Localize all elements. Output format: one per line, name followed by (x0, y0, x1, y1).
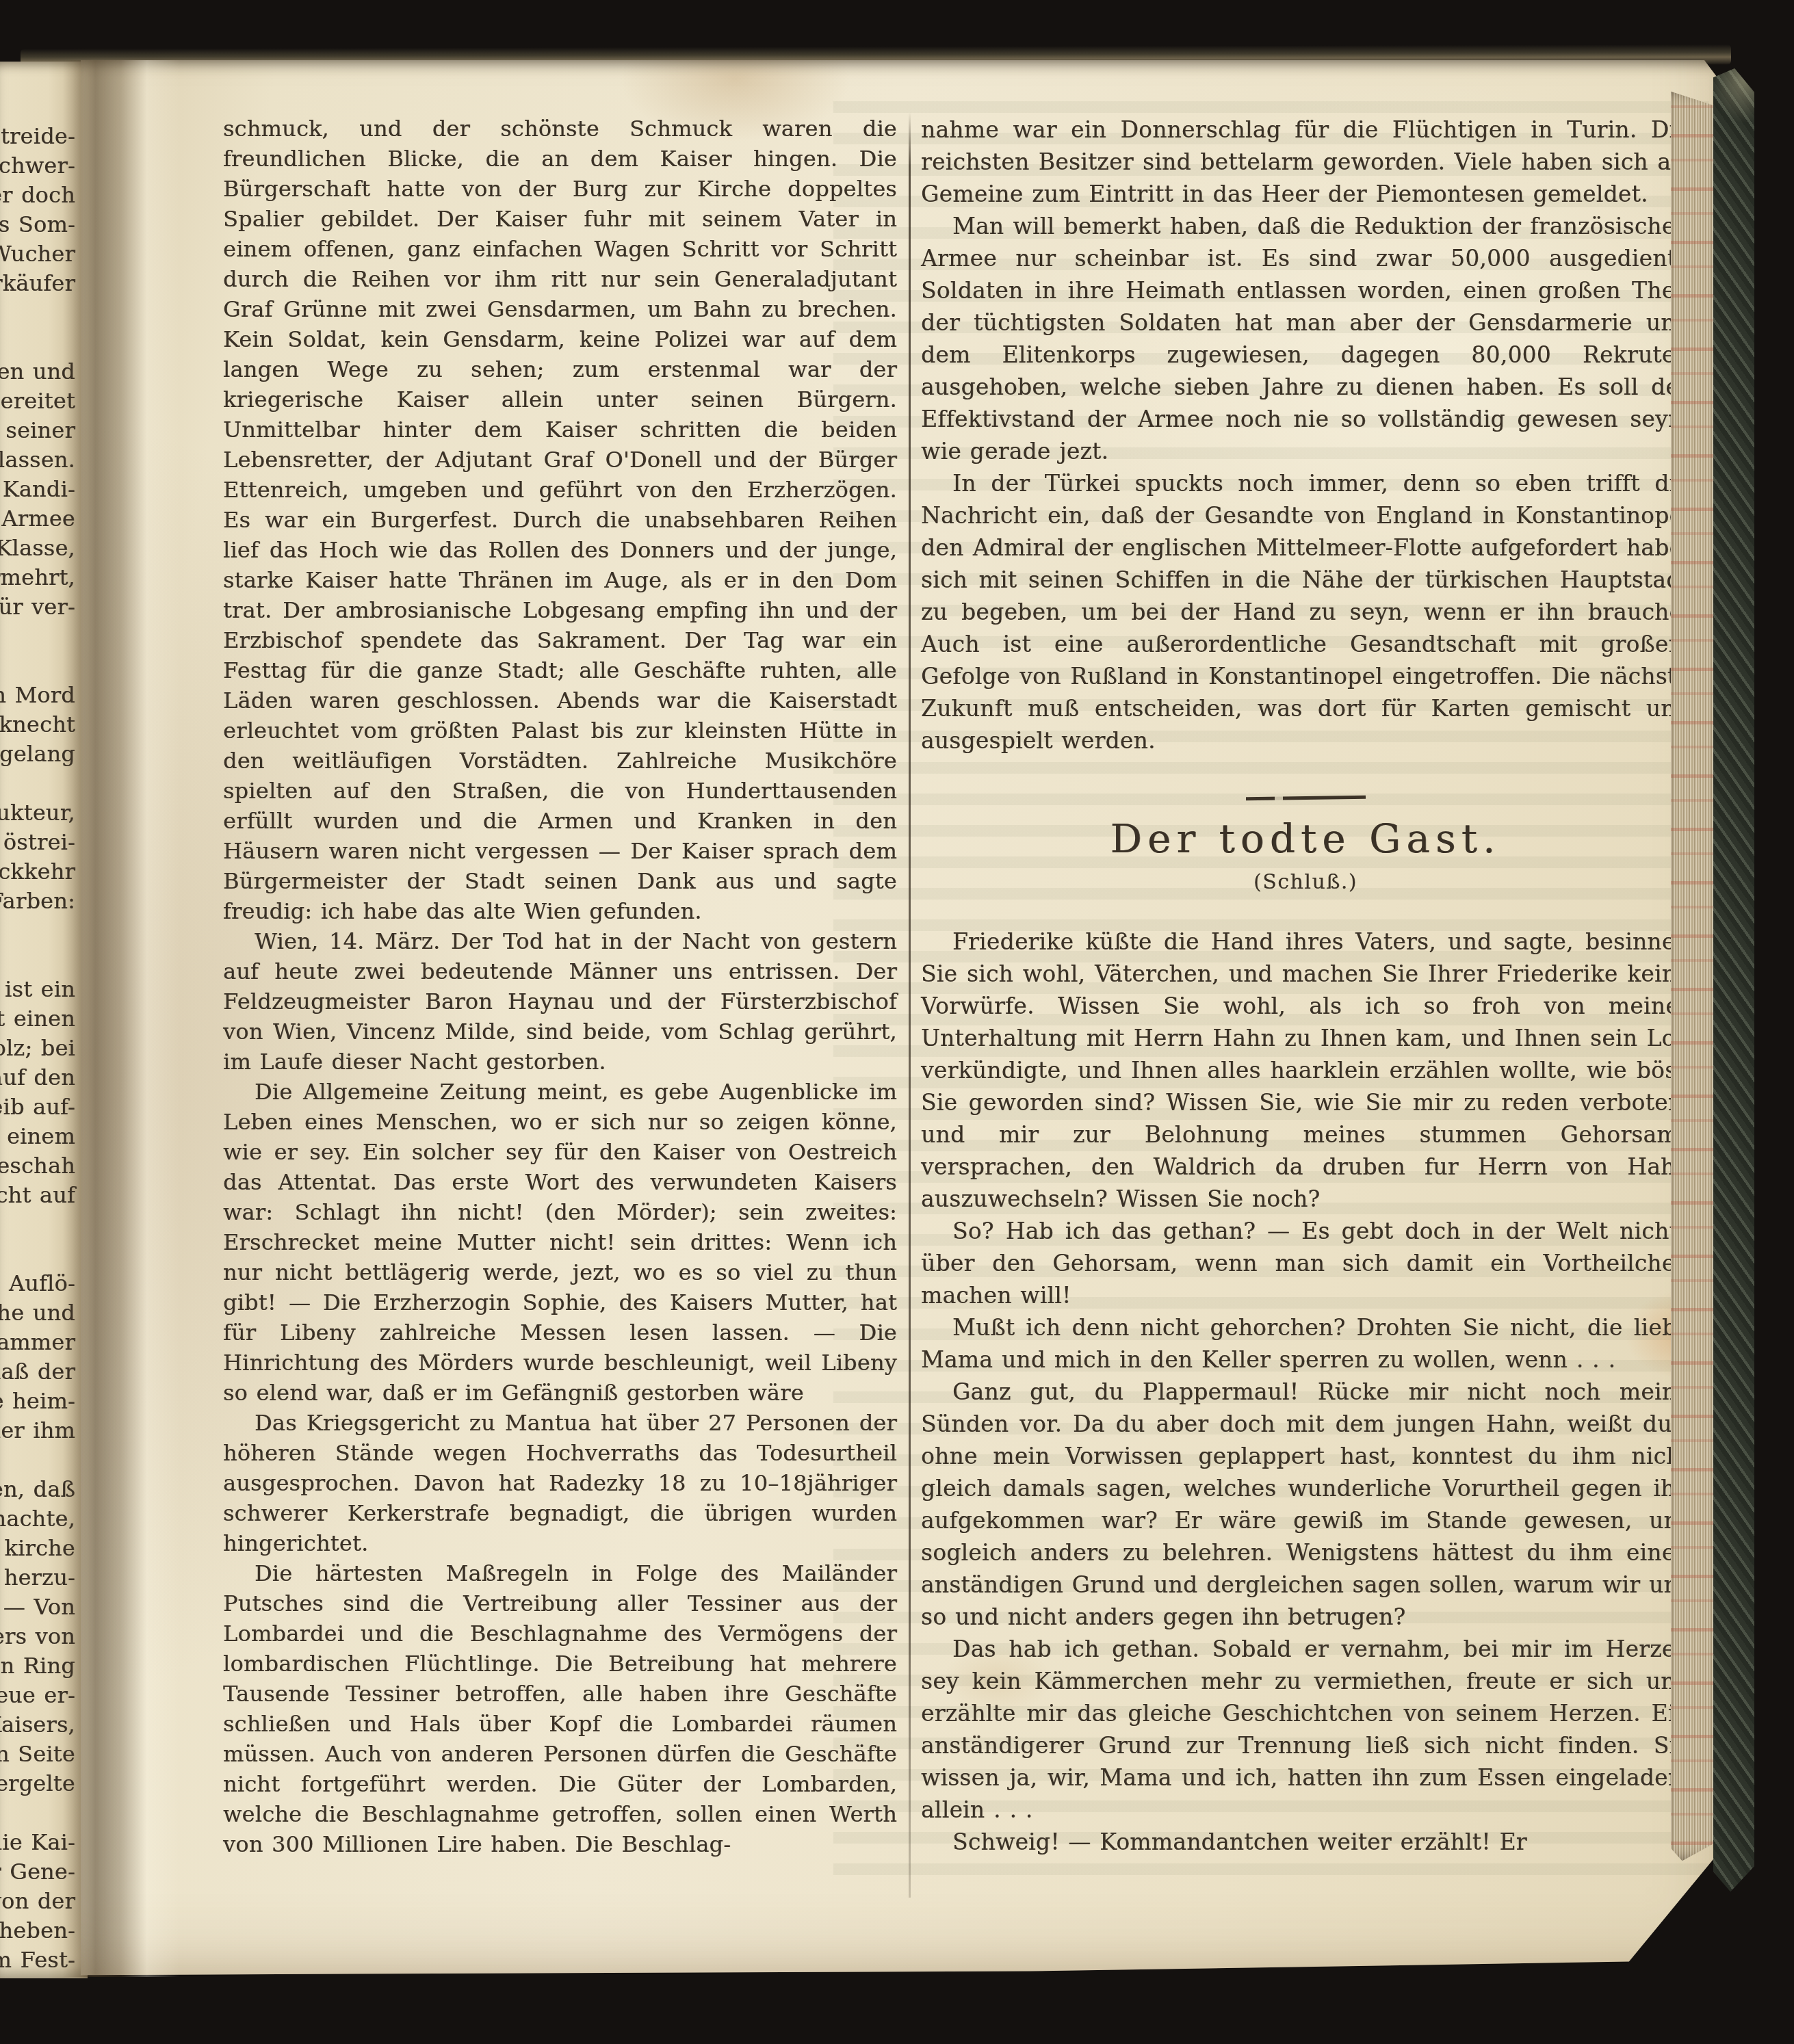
story-title: Der todte Gast. (921, 823, 1690, 855)
story-subtitle: (Schluß.) (921, 866, 1690, 898)
paragraph: Das hab ich gethan. Sobald er vernahm, b… (921, 1633, 1690, 1826)
paragraph: Die härtesten Maßregeln in Folge des Mai… (223, 1558, 897, 1859)
column-divider-rule (909, 112, 911, 1898)
book-cover-edge (1713, 68, 1754, 1894)
book-page-edges (1671, 86, 1715, 1866)
paragraph: schmuck, und der schönste Schmuck waren … (223, 114, 897, 926)
facing-page-edge: e Getreide- den schwer- aber doch das So… (0, 62, 88, 1978)
paragraph: Wien, 14. März. Der Tod hat in der Nacht… (223, 926, 897, 1077)
newspaper-page: schmuck, und der schönste Schmuck waren … (81, 60, 1717, 1977)
paragraph: In der Türkei spuckts noch immer, denn s… (921, 467, 1690, 757)
paragraph: Ganz gut, du Plappermaul! Rücke mir nich… (921, 1376, 1690, 1633)
paragraph: So? Hab ich das gethan? — Es gebt doch i… (921, 1215, 1690, 1311)
left-column: schmuck, und der schönste Schmuck waren … (223, 114, 897, 1859)
paragraph: Die Allgemeine Zeitung meint, es gebe Au… (223, 1077, 897, 1408)
right-column: nahme war ein Donnerschlag für die Flüch… (921, 114, 1690, 1858)
paragraph: Mußt ich denn nicht gehorchen? Drohten S… (921, 1311, 1690, 1376)
paragraph: Man will bemerkt haben, daß die Reduktio… (921, 210, 1690, 467)
section-divider-rule (1245, 796, 1365, 800)
book-scan: e Getreide- den schwer- aber doch das So… (0, 0, 1794, 2044)
paragraph: Das Kriegsgericht zu Mantua hat über 27 … (223, 1408, 897, 1558)
paragraph: Schweig! — Kommandantchen weiter erzählt… (921, 1826, 1690, 1858)
paragraph: Friederike küßte die Hand ihres Vaters, … (921, 926, 1690, 1215)
facing-page-text-fragments: e Getreide- den schwer- aber doch das So… (0, 122, 75, 1975)
paragraph: nahme war ein Donnerschlag für die Flüch… (921, 114, 1690, 210)
